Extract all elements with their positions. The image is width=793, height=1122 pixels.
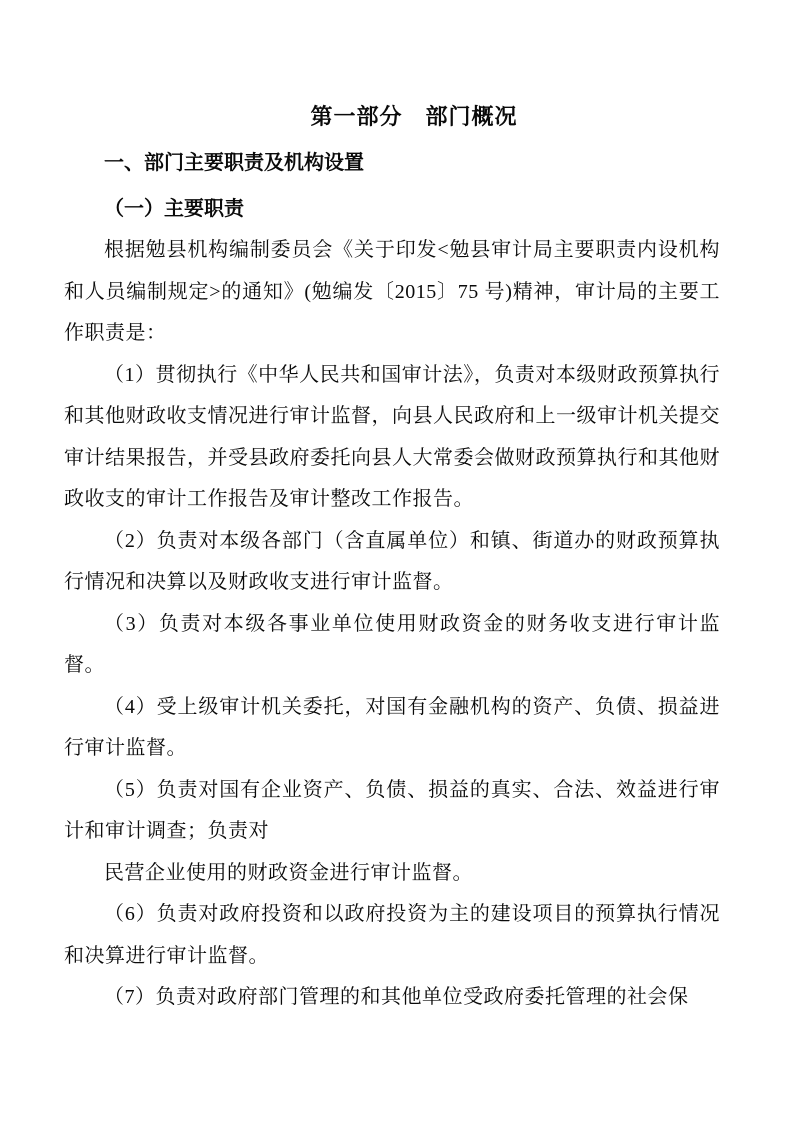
document-body: 根据勉县机构编制委员会《关于印发<勉县审计局主要职责内设机构和人员编制规定>的通… bbox=[64, 230, 720, 1019]
duty-paragraph-4: （4）受上级审计机关委托，对国有金融机构的资产、负债、损益进行审计监督。 bbox=[64, 687, 720, 770]
duty-paragraph-7: （7）负责对政府部门管理的和其他单位受政府委托管理的社会保 bbox=[64, 977, 720, 1019]
document-page: 第一部分 部门概况 一、部门主要职责及机构设置 （一）主要职责 根据勉县机构编制… bbox=[0, 0, 793, 1122]
section-heading: 一、部门主要职责及机构设置 bbox=[64, 142, 720, 184]
duty-paragraph-5-cont: 民营企业使用的财政资金进行审计监督。 bbox=[64, 853, 720, 895]
document-title: 第一部分 部门概况 bbox=[64, 96, 720, 138]
duty-paragraph-6: （6）负责对政府投资和以政府投资为主的建设项目的预算执行情况和决算进行审计监督。 bbox=[64, 894, 720, 977]
duty-paragraph-3: （3）负责对本级各事业单位使用财政资金的财务收支进行审计监督。 bbox=[64, 604, 720, 687]
intro-paragraph: 根据勉县机构编制委员会《关于印发<勉县审计局主要职责内设机构和人员编制规定>的通… bbox=[64, 230, 720, 355]
subsection-heading: （一）主要职责 bbox=[64, 188, 720, 230]
duty-paragraph-1: （1）贯彻执行《中华人民共和国审计法》，负责对本级财政预算执行和其他财政收支情况… bbox=[64, 355, 720, 521]
duty-paragraph-2: （2）负责对本级各部门（含直属单位）和镇、街道办的财政预算执行情况和决算以及财政… bbox=[64, 521, 720, 604]
duty-paragraph-5: （5）负责对国有企业资产、负债、损益的真实、合法、效益进行审计和审计调查；负责对 bbox=[64, 770, 720, 853]
